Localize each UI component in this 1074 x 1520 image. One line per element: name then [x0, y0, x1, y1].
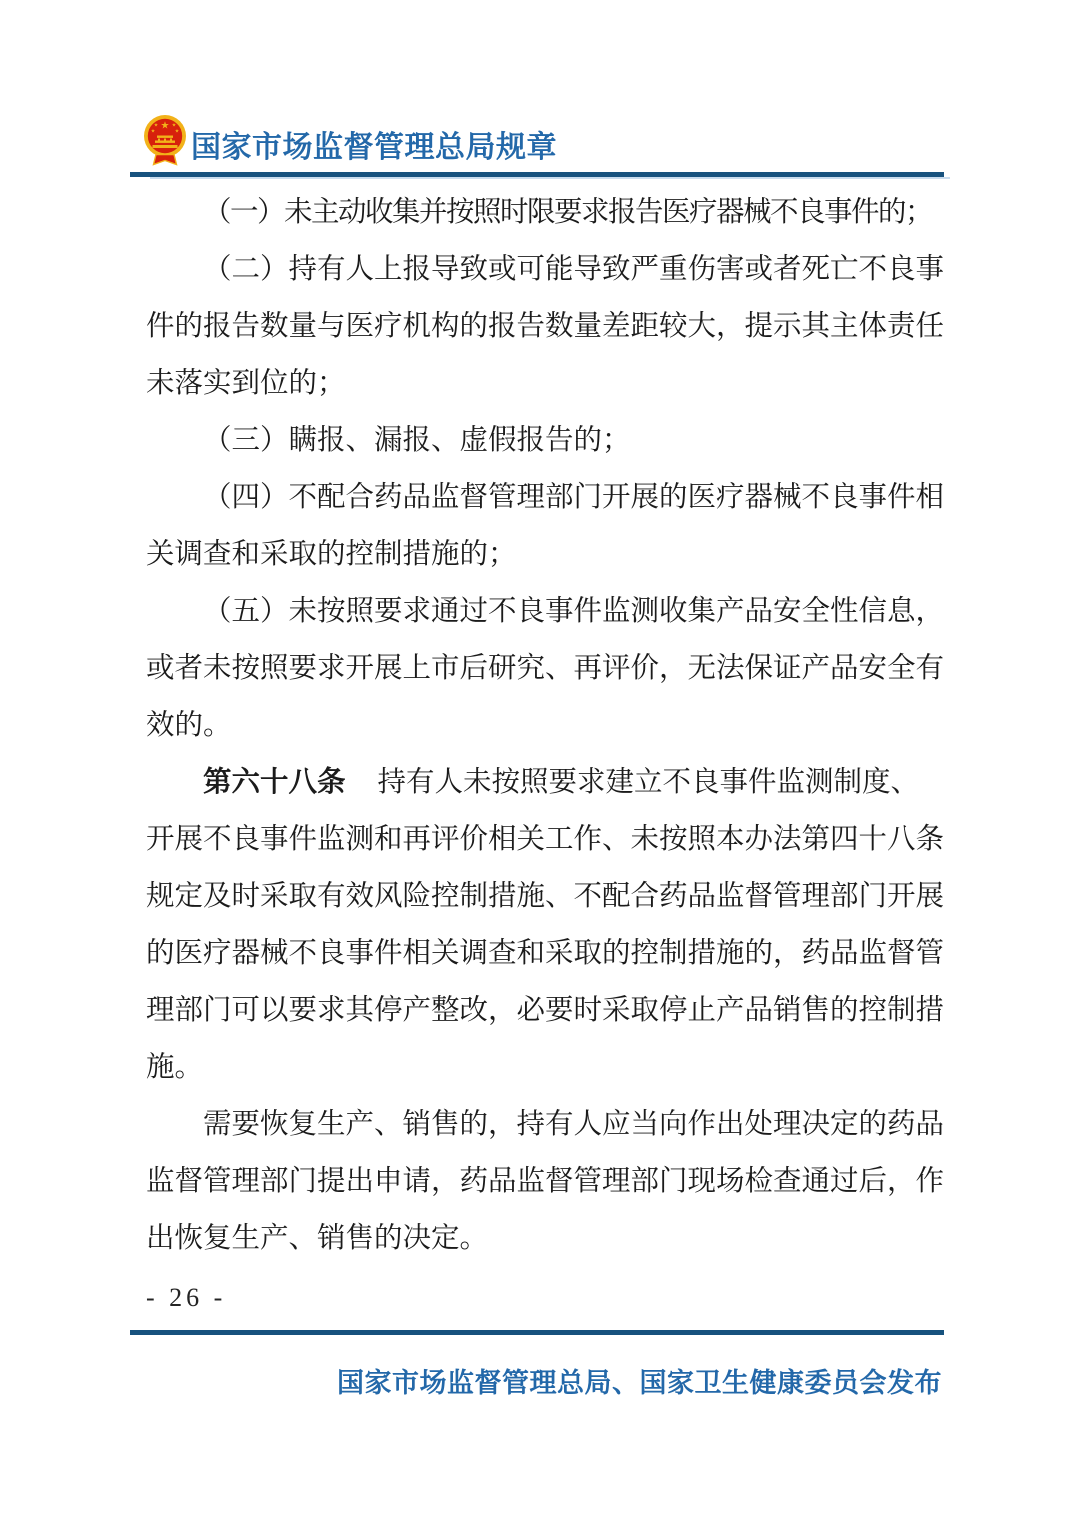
body-line: 关调查和采取的控制措施的； [146, 526, 948, 583]
body-line: 第六十八条持有人未按照要求建立不良事件监测制度、 [146, 754, 948, 811]
document-body: （一）未主动收集并按照时限要求报告医疗器械不良事件的； （二）持有人上报导致或可… [146, 184, 948, 1267]
article-text: 持有人未按照要求建立不良事件监测制度、 [378, 767, 920, 798]
body-line: 理部门可以要求其停产整改，必要时采取停止产品销售的控制措 [146, 982, 948, 1039]
body-line: 施。 [146, 1039, 948, 1096]
body-line: 监督管理部门提出申请，药品监督管理部门现场检查通过后，作 [146, 1153, 948, 1210]
body-line: （二）持有人上报导致或可能导致严重伤害或者死亡不良事 [146, 241, 948, 298]
body-line: 出恢复生产、销售的决定。 [146, 1210, 948, 1267]
svg-text:★: ★ [175, 129, 180, 135]
header-rule-light [150, 177, 950, 179]
footer-publisher: 国家市场监督管理总局、国家卫生健康委员会发布 [337, 1361, 942, 1400]
body-line: 未落实到位的； [146, 355, 948, 412]
footer-rule [130, 1330, 944, 1335]
body-line: （一）未主动收集并按照时限要求报告医疗器械不良事件的； [146, 184, 948, 241]
header-title: 国家市场监督管理总局规章 [191, 122, 557, 166]
svg-text:★: ★ [154, 123, 159, 129]
body-line: 件的报告数量与医疗机构的报告数量差距较大，提示其主体责任 [146, 298, 948, 355]
body-line: 开展不良事件监测和再评价相关工作、未按照本办法第四十八条 [146, 811, 948, 868]
body-line: 规定及时采取有效风险控制措施、不配合药品监督管理部门开展 [146, 868, 948, 925]
body-line: 效的。 [146, 697, 948, 754]
body-line: 的医疗器械不良事件相关调查和采取的控制措施的，药品监督管 [146, 925, 948, 982]
body-line: 或者未按照要求开展上市后研究、再评价，无法保证产品安全有 [146, 640, 948, 697]
body-line: （三）瞒报、漏报、虚假报告的； [146, 412, 948, 469]
national-emblem-icon: ★ ★ ★ ★ ★ [143, 114, 187, 167]
body-line: 需要恢复生产、销售的，持有人应当向作出处理决定的药品 [146, 1096, 948, 1153]
svg-text:★: ★ [161, 121, 170, 132]
svg-text:★: ★ [172, 123, 177, 129]
article-number: 第六十八条 [203, 767, 346, 798]
body-line: （四）不配合药品监督管理部门开展的医疗器械不良事件相 [146, 469, 948, 526]
svg-text:★: ★ [151, 129, 156, 135]
body-line: （五）未按照要求通过不良事件监测收集产品安全性信息， [146, 583, 948, 640]
page-number: - 26 - [146, 1283, 226, 1313]
document-page: ★ ★ ★ ★ ★ 国家市场监督管理总局规章 （一）未主动收集并按照时限要求报告… [0, 0, 1074, 1520]
